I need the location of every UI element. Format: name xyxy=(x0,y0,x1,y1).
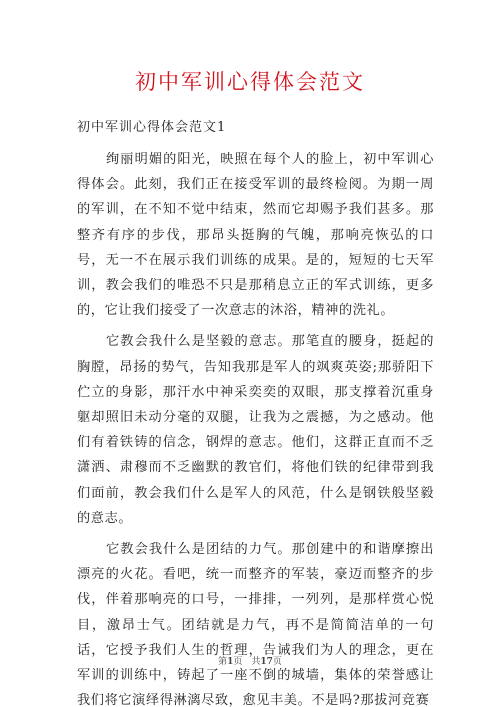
section-heading: 初中军训心得体会范文1 xyxy=(77,118,226,138)
paragraph: 它教会我什么是团结的力气。那创建中的和谐摩擦出漂亮的火花。看吧，统一而整齐的军装… xyxy=(77,537,434,707)
page-mid: 页 共 xyxy=(233,657,260,667)
total-pages-number: 17 xyxy=(260,657,273,667)
document-page: 初中军训心得体会范文 初中军训心得体会范文1 绚丽明媚的阳光，映照在每个人的脸上… xyxy=(0,0,500,707)
paragraph: 绚丽明媚的阳光，映照在每个人的脸上，初中军训心得体会。此刻，我们正在接受军训的最… xyxy=(77,147,434,323)
document-title: 初中军训心得体会范文 xyxy=(0,68,500,96)
paragraph: 它教会我什么是坚毅的意志。那笔直的腰身，挺起的胸膛，昂扬的势气，告知我那是军人的… xyxy=(77,329,434,531)
document-body: 绚丽明媚的阳光，映照在每个人的脸上，初中军训心得体会。此刻，我们正在接受军训的最… xyxy=(77,147,434,707)
page-number-footer: 第1页 共17页 xyxy=(0,655,500,669)
page-prefix: 第 xyxy=(218,657,227,667)
page-suffix: 页 xyxy=(273,657,282,667)
